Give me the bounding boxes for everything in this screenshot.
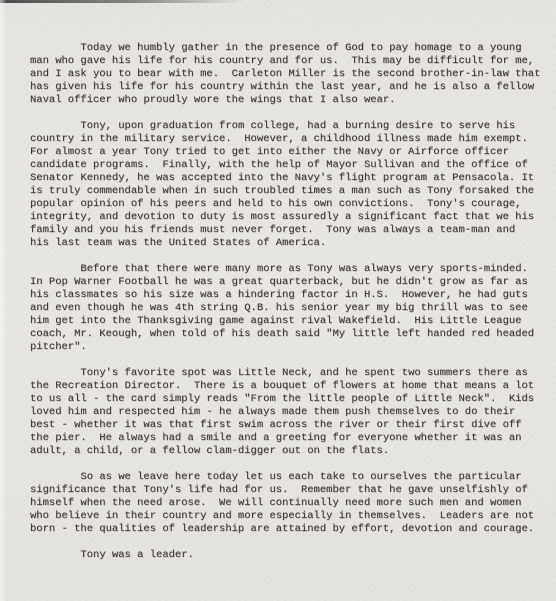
paragraph-closing: So as we leave here today let us each ta… xyxy=(30,471,546,536)
paragraph-opening: Today we humbly gather in the presence o… xyxy=(30,42,546,107)
paragraph-final-line: Tony was a leader. xyxy=(30,549,546,562)
document-body: Today we humbly gather in the presence o… xyxy=(0,0,556,562)
document-page: Today we humbly gather in the presence o… xyxy=(0,0,556,601)
paragraph-sports: Before that there were many more as Tony… xyxy=(30,263,546,354)
paragraph-little-neck: Tony's favorite spot was Little Neck, an… xyxy=(30,367,546,458)
paragraph-military-service: Tony, upon graduation from college, had … xyxy=(30,120,546,250)
